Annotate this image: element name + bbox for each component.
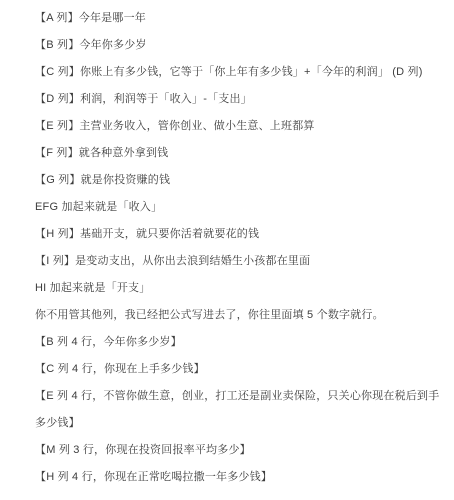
line-col-e: 【E 列】主营业务收入，管你创业、做小生意、上班都算 [35,113,447,140]
line-efg-income: EFG 加起来就是「收入」 [35,194,447,221]
line-col-b: 【B 列】今年你多少岁 [35,32,447,59]
line-col-a: 【A 列】今年是哪一年 [35,5,447,32]
line-fill-c4: 【C 列 4 行，你现在上手多少钱】 [35,356,447,383]
line-fill-b4: 【B 列 4 行，今年你多少岁】 [35,329,447,356]
line-col-c: 【C 列】你账上有多少钱，它等于「你上年有多少钱」+「今年的利润」 (D 列) [35,59,447,86]
line-col-g: 【G 列】就是你投资赚的钱 [35,167,447,194]
line-fill-m3: 【M 列 3 行，你现在投资回报率平均多少】 [35,437,447,464]
line-col-d: 【D 列】利润，利润等于「收入」-「支出」 [35,86,447,113]
line-fill-e4: 【E 列 4 行，不管你做生意，创业，打工还是副业卖保险，只关心你现在税后到手多… [35,383,447,437]
document-body: 【A 列】今年是哪一年 【B 列】今年你多少岁 【C 列】你账上有多少钱，它等于… [0,0,454,491]
line-fill-h4: 【H 列 4 行，你现在正常吃喝拉撒一年多少钱】 [35,464,447,491]
line-col-h: 【H 列】基础开支，就只要你活着就要花的钱 [35,221,447,248]
line-col-f: 【F 列】就各种意外拿到钱 [35,140,447,167]
line-note: 你不用管其他列，我已经把公式写进去了，你往里面填 5 个数字就行。 [35,302,447,329]
line-col-i: 【I 列】是变动支出，从你出去浪到结婚生小孩都在里面 [35,248,447,275]
line-hi-expense: HI 加起来就是「开支」 [35,275,447,302]
